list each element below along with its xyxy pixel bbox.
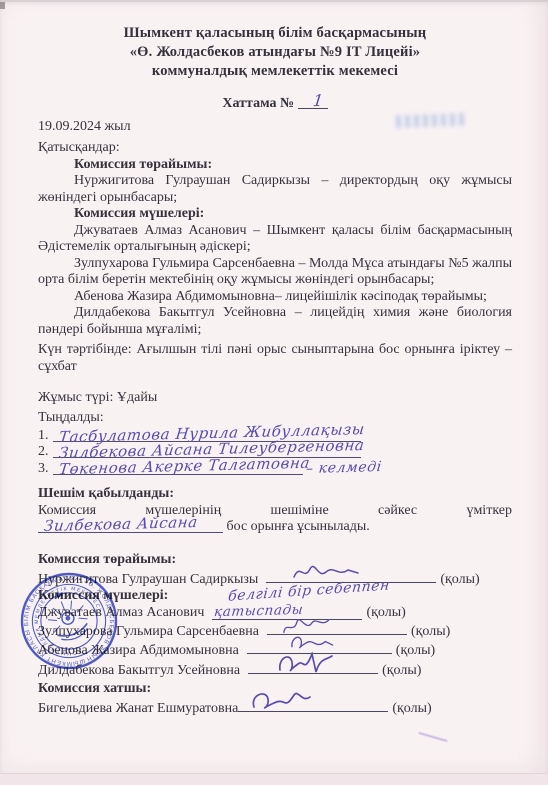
member-description: Зулпухарова Гульмира Сарсенбаевна – Молд… [38,256,512,289]
decision-line2-text: бос орынға ұсынылады. [227,519,370,534]
header-line2: «Ө. Жолдасбеков атындағы №9 IT Лицейі» [38,43,512,62]
signer-name: Бигельдиева Жанат Ешмуратовна [38,701,238,716]
candidate-name-line: Зилбекова Айсана [38,519,223,533]
official-seal: ШЫМКЕНТ ҚАЛАСЫ БІЛІМ БАСҚАРМАСЫ • «Ө. ЖО… [18,570,120,672]
decision-section: Шешім қабылданды: Комиссия мүшелерінің ш… [38,486,512,536]
handwritten-name: Төкенова Акерке Талгатовна [58,457,310,477]
header-line1: Шымкент қаласының білім басқармасының [38,24,512,43]
faint-stamp-smudge [396,113,468,129]
svg-text:КОММУНАЛДЫҚ МЕМЛЕКЕТТІК МЕКЕМЕ: КОММУНАЛДЫҚ МЕМЛЕКЕТТІК МЕКЕМЕСІ [23,575,114,666]
chair-heading: Комиссия төрайымы: [38,157,512,174]
handwritten-candidate-name: Зилбекова Айсана [43,516,198,533]
signature-line [267,621,407,635]
faint-pen-dash [418,732,447,742]
signature-line [238,698,388,712]
handwritten-did-not-attend: қатыспады [214,603,305,618]
qoly-label: (қолы) [366,605,405,620]
secretary-signature-section: Комиссия хатшы: Бигельдиева Жанат Ешмура… [38,681,512,717]
qoly-label: (қолы) [396,643,435,658]
decision-heading: Шешім қабылданды: [38,486,512,503]
chair-description: Нуржигитова Гулраушан Садиркызы – директ… [38,173,512,206]
qoly-label: (қолы) [411,624,450,639]
heard-item-number: 1. [38,428,49,443]
signature-row: Бигельдиева Жанат Ешмуратовна(қолы) [38,698,512,717]
protocol-number-handwritten: 1 [312,94,324,107]
chair-signature-heading: Комиссия төрайымы: [38,552,512,569]
qoly-label: (қолы) [382,663,421,678]
heard-section: Тыңдалды: 1.Тасбулатова Нурила Жибуллақы… [38,410,512,477]
decision-line2: Зилбекова Айсана бос орынға ұсынылады. [38,519,512,536]
seal-ring-text-inner: КОММУНАЛДЫҚ МЕМЛЕКЕТТІК МЕКЕМЕСІ [23,575,114,666]
protocol-number-blank: 1 [298,95,328,109]
scan-bottom-edge [0,773,548,785]
work-type-line: Жұмыс түрі: Ұдайы [38,390,512,407]
members-heading: Комиссия мүшелері: [38,206,512,223]
signature-line [247,640,392,654]
scan-top-edge [0,0,548,2]
signature-line: қатыспады [212,606,362,620]
qoly-label: (қолы) [392,701,431,716]
member-description: Дилдабекова Бакытгул Усейновна – лицейді… [38,305,512,338]
handwritten-absence-note: – келмеді [305,460,382,478]
protocol-label: Хаттама № [222,96,294,111]
member-description: Абенова Жазира Абдимомыновна– лицейішілі… [38,289,512,306]
scanned-protocol-page: Шымкент қаласының білім басқармасының «Ө… [0,0,548,785]
heard-name-line: Төкенова Акерке Талгатовна [53,461,303,475]
heard-item-number: 2. [38,444,49,459]
heard-item-number: 3. [38,461,49,476]
member-description: Джуватаев Алмаз Асанович – Шымкент қалас… [38,223,512,256]
header-line3: коммуналдық мемлекеттік мекемесі [38,62,512,81]
document-header: Шымкент қаласының білім басқармасының «Ө… [38,24,512,81]
signature-line [248,660,378,674]
qoly-label: (қолы) [440,572,479,587]
heard-item: 3.Төкенова Акерке Талгатовна – келмеді [38,461,512,477]
agenda-paragraph: Күн тәртібінде: Ағылшын тілі пәні орыс с… [38,342,512,375]
seal-ring-text-outer: ШЫМКЕНТ ҚАЛАСЫ БІЛІМ БАСҚАРМАСЫ • «Ө. ЖО… [18,570,120,672]
participants-section: Қатысқандар: Комиссия төрайымы: Нуржигит… [38,140,512,338]
scan-artifact-speck [0,2,5,9]
participants-heading: Қатысқандар: [38,140,512,157]
protocol-number-line: Хаттама № 1 [38,95,512,113]
secretary-heading: Комиссия хатшы: [38,681,512,698]
svg-text:ШЫМКЕНТ ҚАЛАСЫ БІЛІМ БАСҚАРМАС: ШЫМКЕНТ ҚАЛАСЫ БІЛІМ БАСҚАРМАСЫ • «Ө. ЖО… [18,570,120,672]
